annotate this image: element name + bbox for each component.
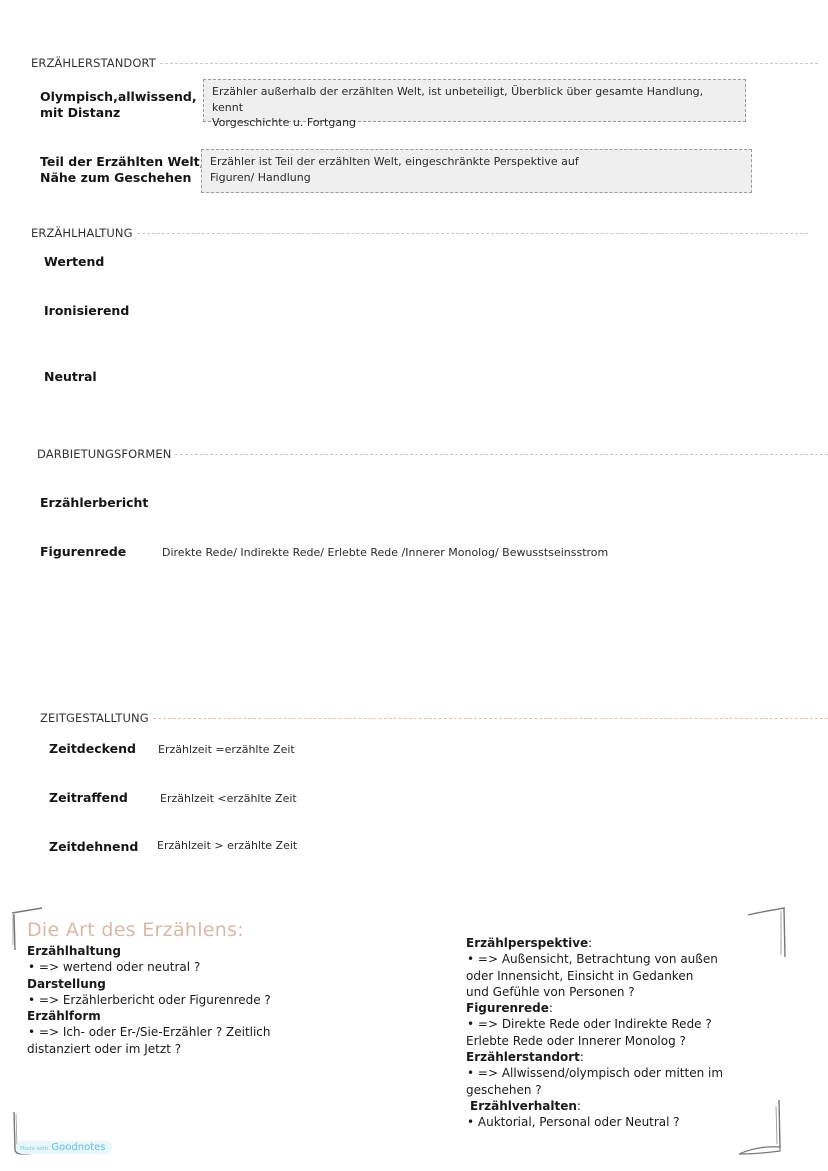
desc-zeitdeckend: Erzählzeit =erzählte Zeit (158, 742, 295, 757)
summary-heading-darstellung: Darstellung (27, 977, 106, 991)
goodnotes-watermark: Made with Goodnotes (16, 1141, 112, 1154)
summary-heading-erzaehlverhalten: Erzählverhalten (470, 1099, 577, 1113)
term-zeitdehnend: Zeitdehnend (49, 839, 138, 855)
definition-box-teil-der-welt: Erzähler ist Teil der erzählten Welt, ei… (201, 149, 752, 193)
term-teil-der-welt: Teil der Erzählten Welt, Nähe zum Gesche… (40, 154, 204, 186)
corner-bracket-bottom-right-icon (735, 1098, 785, 1158)
term-figurenrede: Figurenrede (40, 544, 126, 560)
dashed-divider (175, 454, 828, 455)
section-title: ZEITGESTALLTUNG (40, 711, 149, 725)
desc-zeitdehnend: Erzählzeit > erzählte Zeit (157, 838, 297, 853)
definition-box-olympisch: Erzähler außerhalb der erzählten Welt, i… (203, 79, 746, 122)
term-erzaehlerbericht: Erzählerbericht (40, 495, 148, 511)
dashed-divider (137, 233, 808, 234)
term-ironisierend: Ironisierend (44, 303, 129, 319)
dashed-divider (160, 63, 818, 64)
summary-heading-erzaehlperspektive: Erzählperspektive (466, 936, 588, 950)
term-olympisch: Olympisch,allwissend, mit Distanz (40, 89, 197, 121)
summary-heading-figurenrede: Figurenrede (466, 1001, 549, 1015)
section-title: ERZÄHLERSTANDORT (31, 56, 156, 70)
term-zeitdeckend: Zeitdeckend (49, 741, 136, 757)
term-zeitraffend: Zeitraffend (49, 790, 128, 806)
section-heading-erzaehlhaltung: ERZÄHLHALTUNG (31, 226, 808, 240)
section-heading-zeitgestaltung: ZEITGESTALLTUNG (40, 711, 828, 725)
section-title: DARBIETUNGSFORMEN (37, 447, 171, 461)
term-wertend: Wertend (44, 254, 104, 270)
section-heading-erzaehlerstandort: ERZÄHLERSTANDORT (31, 56, 818, 70)
section-heading-darbietungsformen: DARBIETUNGSFORMEN (37, 447, 828, 461)
corner-bracket-top-right-icon (745, 905, 790, 960)
section-title: ERZÄHLHALTUNG (31, 226, 133, 240)
summary-heading-erzaehlerstandort: Erzählerstandort (466, 1050, 580, 1064)
desc-zeitraffend: Erzählzeit <erzählte Zeit (160, 791, 297, 806)
summary-title: Die Art des Erzählens: (27, 919, 244, 941)
desc-figurenrede: Direkte Rede/ Indirekte Rede/ Erlebte Re… (162, 545, 608, 560)
summary-left-column: Erzählhaltung • => wertend oder neutral … (27, 943, 271, 1057)
summary-heading-erzaehlhaltung: Erzählhaltung (27, 944, 121, 958)
term-neutral: Neutral (44, 369, 97, 385)
summary-heading-erzaehlform: Erzählform (27, 1009, 101, 1023)
summary-right-column: Erzählperspektive: • => Außensicht, Betr… (466, 935, 723, 1131)
dashed-divider (153, 718, 828, 719)
